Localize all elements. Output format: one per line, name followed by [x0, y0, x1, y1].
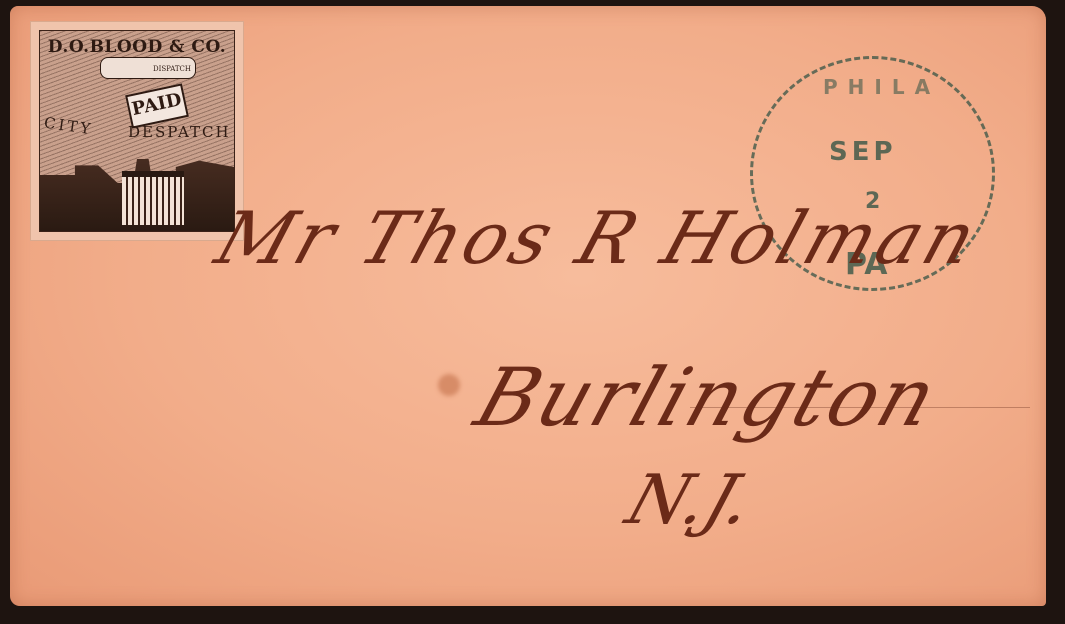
address-city: Burlington: [465, 351, 950, 444]
address-recipient: Mr Thos R Holman: [206, 196, 990, 280]
address-state: N.J.: [617, 461, 763, 540]
stamp-paid-label: PAID: [125, 83, 189, 128]
postmark-arc-text: PHILA: [823, 75, 940, 99]
postage-stamp: D.O.BLOOD & CO. DISPATCH PAID CITY DESPA…: [30, 21, 244, 241]
stamp-engraving: D.O.BLOOD & CO. DISPATCH PAID CITY DESPA…: [39, 30, 235, 232]
stamp-banner: DISPATCH: [100, 57, 196, 79]
postmark-month: SEP: [829, 137, 897, 167]
stamp-title: D.O.BLOOD & CO.: [40, 37, 234, 57]
paper-stain: [438, 374, 460, 396]
envelope: D.O.BLOOD & CO. DISPATCH PAID CITY DESPA…: [10, 6, 1046, 606]
stamp-despatch-text: DESPATCH: [128, 123, 231, 141]
domed-building-icon: [122, 171, 184, 225]
stamp-city-text: CITY: [43, 114, 94, 139]
